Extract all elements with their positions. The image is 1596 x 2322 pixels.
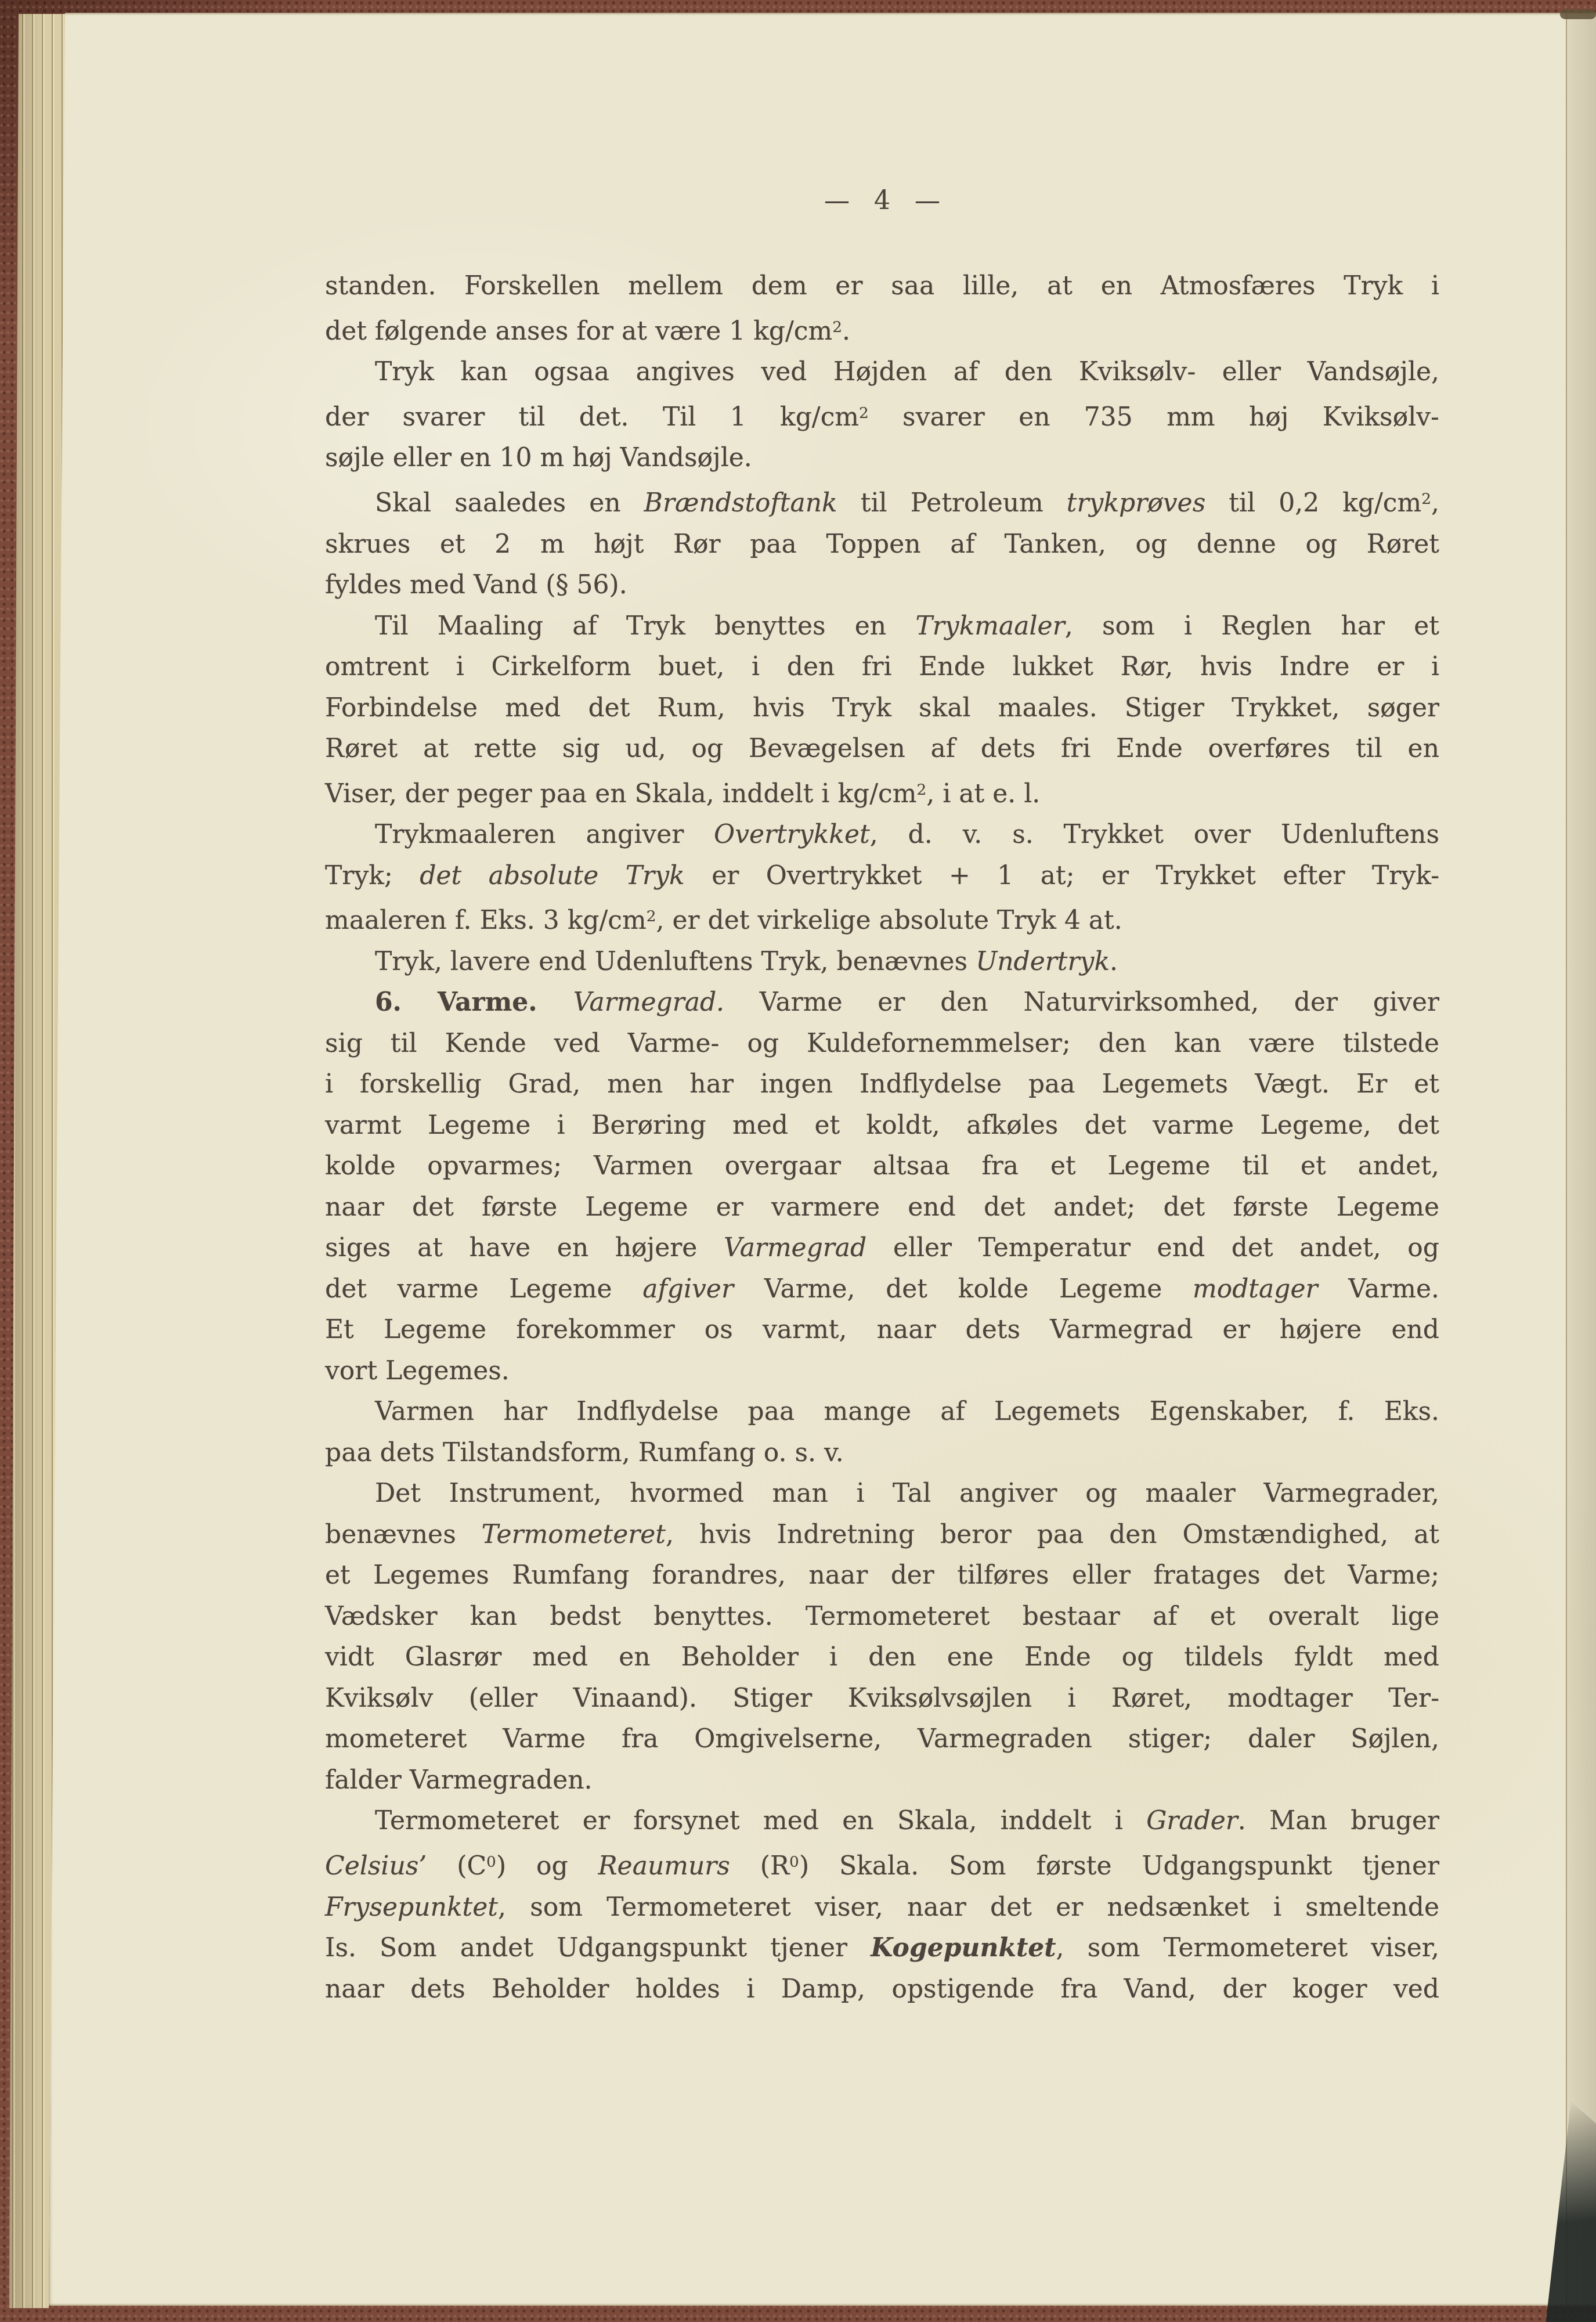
text-line: Skal saaledes en Brændstoftank til Petro… — [325, 479, 1439, 524]
text-segment-s: 0 — [789, 1853, 799, 1871]
text-segment-b: 6. Varme. — [375, 987, 573, 1017]
text-segment: i forskellig Grad, men har ingen Indflyd… — [325, 1069, 1439, 1099]
text-line: naar det første Legeme er varmere end de… — [325, 1187, 1439, 1228]
text-segment: , som i Reglen har et — [1065, 611, 1439, 641]
text-segment-i: Brændstoftank — [644, 488, 837, 518]
text-line: der svarer til det. Til 1 kg/cm2 svarer … — [325, 393, 1439, 438]
text-line: Forbindelse med det Rum, hvis Tryk skal … — [325, 688, 1439, 729]
text-segment: Tryk kan ogsaa angives ved Højden af den… — [375, 357, 1439, 387]
text-line: varmt Legeme i Berøring med et koldt, af… — [325, 1105, 1439, 1146]
page-right-edge — [1566, 13, 1596, 2306]
text-segment: Tryk, lavere end Udenluftens Tryk, benæv… — [375, 947, 976, 976]
text-segment: Varme, det kolde Legeme — [734, 1274, 1193, 1304]
text-line: sig til Kende ved Varme- og Kuldefornemm… — [325, 1023, 1439, 1065]
text-line: Viser, der peger paa en Skala, inddelt i… — [325, 770, 1439, 815]
text-segment: ) og — [496, 1851, 598, 1881]
text-segment-s: 2 — [1421, 490, 1431, 508]
text-segment: . Man bruger — [1238, 1806, 1439, 1836]
text-line: Det Instrument, hvormed man i Tal angive… — [325, 1473, 1439, 1515]
text-segment-i: Termometeret — [482, 1520, 666, 1549]
text-segment: Et Legeme forekommer os varmt, naar dets… — [325, 1315, 1439, 1344]
text-line: maaleren f. Eks. 3 kg/cm2, er det virkel… — [325, 896, 1439, 942]
text-segment: skrues et 2 m højt Rør paa Toppen af Tan… — [325, 529, 1439, 559]
text-segment: paa dets Tilstandsform, Rumfang o. s. v. — [325, 1438, 844, 1468]
text-segment: Varme er den Naturvirksomhed, der giver — [724, 987, 1439, 1017]
text-line: vort Legemes. — [325, 1351, 1439, 1392]
text-line: falder Varmegraden. — [325, 1760, 1439, 1801]
text-line: Frysepunktet, som Termometeret viser, na… — [325, 1887, 1439, 1928]
text-segment: (R — [730, 1851, 789, 1881]
text-line: Røret at rette sig ud, og Bevægelsen af … — [325, 729, 1439, 770]
text-segment-i: Overtrykket — [714, 820, 870, 849]
text-line: 6. Varme. Varmegrad. Varme er den Naturv… — [325, 982, 1439, 1023]
text-segment: Trykmaaleren angiver — [375, 820, 714, 849]
text-segment: ) Skala. Som første Udgangspunkt tjener — [799, 1851, 1439, 1881]
text-line: Tryk, lavere end Udenluftens Tryk, benæv… — [325, 942, 1439, 983]
text-segment: siges at have en højere — [325, 1233, 724, 1263]
text-segment: vidt Glasrør med en Beholder i den ene E… — [325, 1642, 1439, 1672]
text-line: i forskellig Grad, men har ingen Indflyd… — [325, 1064, 1439, 1105]
text-segment: Viser, der peger paa en Skala, inddelt i… — [325, 779, 916, 809]
text-segment: omtrent i Cirkelform buet, i den fri End… — [325, 652, 1439, 682]
text-line: naar dets Beholder holdes i Damp, opstig… — [325, 1969, 1439, 2010]
book-page: — 4 — standen. Forskellen mellem dem er … — [49, 13, 1596, 2306]
text-segment-s: 2 — [832, 318, 842, 336]
text-segment: Tryk; — [325, 861, 420, 890]
text-line: et Legemes Rumfang forandres, naar der t… — [325, 1555, 1439, 1596]
text-segment-i: Frysepunktet — [325, 1892, 498, 1922]
text-line: Et Legeme forekommer os varmt, naar dets… — [325, 1310, 1439, 1351]
text-segment: Det Instrument, hvormed man i Tal angive… — [375, 1479, 1439, 1508]
text-line: Kviksølv (eller Vinaand). Stiger Kviksøl… — [325, 1678, 1439, 1719]
text-segment: naar dets Beholder holdes i Damp, opstig… — [325, 1974, 1439, 2004]
text-segment-i: Celsius’ — [325, 1851, 427, 1881]
text-segment: (C — [427, 1851, 486, 1881]
text-segment: fyldes med Vand (§ 56). — [325, 570, 627, 600]
text-segment: Forbindelse med det Rum, hvis Tryk skal … — [325, 693, 1439, 723]
text-segment-i: Reaumurs — [598, 1851, 730, 1881]
text-line: Termometeret er forsynet med en Skala, i… — [325, 1801, 1439, 1842]
text-segment: til 0,2 kg/cm — [1205, 488, 1421, 518]
text-segment: . — [842, 316, 850, 346]
text-segment-s: 0 — [486, 1853, 496, 1871]
text-line: Tryk; det absolute Tryk er Overtrykket +… — [325, 856, 1439, 897]
text-segment: der svarer til det. Til 1 kg/cm — [325, 402, 859, 432]
text-segment: varmt Legeme i Berøring med et koldt, af… — [325, 1110, 1439, 1140]
text-segment-s: 2 — [647, 907, 656, 925]
text-segment-i: Undertryk — [976, 947, 1110, 976]
text-segment-bi: Kogepunktet — [871, 1933, 1056, 1963]
text-segment: falder Varmegraden. — [325, 1765, 593, 1795]
text-segment: , hvis Indretning beror paa den Omstændi… — [666, 1520, 1439, 1549]
text-block: standen. Forskellen mellem dem er saa li… — [325, 266, 1439, 2010]
text-segment-i: trykprøves — [1067, 488, 1205, 518]
text-segment-i: Varmegrad — [724, 1233, 866, 1263]
text-line: benævnes Termometeret, hvis Indretning b… — [325, 1515, 1439, 1556]
text-segment: søjle eller en 10 m høj Vandsøjle. — [325, 443, 752, 473]
text-segment-i: Varmegrad. — [573, 987, 724, 1017]
text-line: søjle eller en 10 m høj Vandsøjle. — [325, 438, 1439, 479]
text-segment-i: Grader — [1146, 1806, 1238, 1836]
text-segment: sig til Kende ved Varme- og Kuldefornemm… — [325, 1029, 1439, 1058]
text-line: Trykmaaleren angiver Overtrykket, d. v. … — [325, 814, 1439, 856]
text-segment: Termometeret er forsynet med en Skala, i… — [375, 1806, 1146, 1836]
text-line: skrues et 2 m højt Rør paa Toppen af Tan… — [325, 524, 1439, 565]
text-segment: et Legemes Rumfang forandres, naar der t… — [325, 1560, 1439, 1590]
text-segment: Is. Som andet Udgangspunkt tjener — [325, 1933, 871, 1963]
book-photo: { "colors": { "paper": "#ebe6d0", "ink":… — [0, 0, 1596, 2322]
text-segment: Røret at rette sig ud, og Bevægelsen af … — [325, 734, 1439, 763]
text-segment: , som Termometeret viser, naar det er ne… — [498, 1892, 1439, 1922]
text-segment-s: 2 — [859, 404, 869, 422]
text-segment: naar det første Legeme er varmere end de… — [325, 1192, 1439, 1222]
text-segment: Vædsker kan bedst benyttes. Termometeret… — [325, 1602, 1439, 1631]
text-segment-i: modtager — [1193, 1274, 1318, 1304]
text-segment: mometeret Varme fra Omgivelserne, Varmeg… — [325, 1724, 1439, 1754]
text-line: Is. Som andet Udgangspunkt tjener Kogepu… — [325, 1928, 1439, 1969]
text-segment: benævnes — [325, 1520, 482, 1549]
text-segment: kolde opvarmes; Varmen overgaar altsaa f… — [325, 1151, 1439, 1181]
text-segment: eller Temperatur end det andet, og — [866, 1233, 1439, 1263]
text-segment: . — [1110, 947, 1118, 976]
text-line: Vædsker kan bedst benyttes. Termometeret… — [325, 1596, 1439, 1638]
text-segment: Kviksølv (eller Vinaand). Stiger Kviksøl… — [325, 1683, 1439, 1713]
text-segment: er Overtrykket + 1 at; er Trykket efter … — [685, 861, 1439, 890]
text-segment: svarer en 735 mm høj Kviksølv- — [869, 402, 1439, 432]
text-segment: det varme Legeme — [325, 1274, 642, 1304]
text-segment: , — [1431, 488, 1439, 518]
text-line: Varmen har Indflydelse paa mange af Lege… — [325, 1391, 1439, 1433]
text-line: Tryk kan ogsaa angives ved Højden af den… — [325, 352, 1439, 393]
text-segment: maaleren f. Eks. 3 kg/cm — [325, 906, 647, 935]
text-segment: , er det virkelige absolute Tryk 4 at. — [656, 906, 1122, 935]
text-line: det varme Legeme afgiver Varme, det kold… — [325, 1269, 1439, 1310]
text-segment: det følgende anses for at være 1 kg/cm — [325, 316, 832, 346]
text-line: det følgende anses for at være 1 kg/cm2. — [325, 307, 1439, 352]
text-line: vidt Glasrør med en Beholder i den ene E… — [325, 1637, 1439, 1678]
text-segment-i: Trykmaaler — [915, 611, 1064, 641]
text-line: mometeret Varme fra Omgivelserne, Varmeg… — [325, 1719, 1439, 1760]
text-segment: Skal saaledes en — [375, 488, 644, 518]
text-line: standen. Forskellen mellem dem er saa li… — [325, 266, 1439, 307]
text-line: siges at have en højere Varmegrad eller … — [325, 1228, 1439, 1269]
text-segment: til Petroleum — [837, 488, 1067, 518]
text-segment: Varme. — [1317, 1274, 1439, 1304]
text-line: Celsius’ (C0) og Reaumurs (R0) Skala. So… — [325, 1842, 1439, 1887]
text-segment-i: afgiver — [642, 1274, 734, 1304]
text-line: kolde opvarmes; Varmen overgaar altsaa f… — [325, 1146, 1439, 1187]
cover-worn-spot — [1560, 9, 1596, 19]
text-segment: Til Maaling af Tryk benyttes en — [375, 611, 915, 641]
text-segment-i: det absolute Tryk — [420, 861, 684, 890]
text-segment-s: 2 — [916, 781, 926, 799]
text-segment: Varmen har Indflydelse paa mange af Lege… — [375, 1397, 1439, 1426]
text-segment: , i at e. l. — [926, 779, 1040, 809]
text-line: omtrent i Cirkelform buet, i den fri End… — [325, 647, 1439, 688]
text-segment: vort Legemes. — [325, 1356, 510, 1386]
text-segment: , d. v. s. Trykket over Udenluftens — [870, 820, 1439, 849]
text-line: fyldes med Vand (§ 56). — [325, 565, 1439, 606]
page-number: — 4 — — [325, 185, 1439, 217]
text-segment: standen. Forskellen mellem dem er saa li… — [325, 271, 1439, 301]
text-segment: , som Termometeret viser, — [1056, 1933, 1439, 1963]
text-line: paa dets Tilstandsform, Rumfang o. s. v. — [325, 1433, 1439, 1474]
text-line: Til Maaling af Tryk benyttes en Trykmaal… — [325, 606, 1439, 647]
